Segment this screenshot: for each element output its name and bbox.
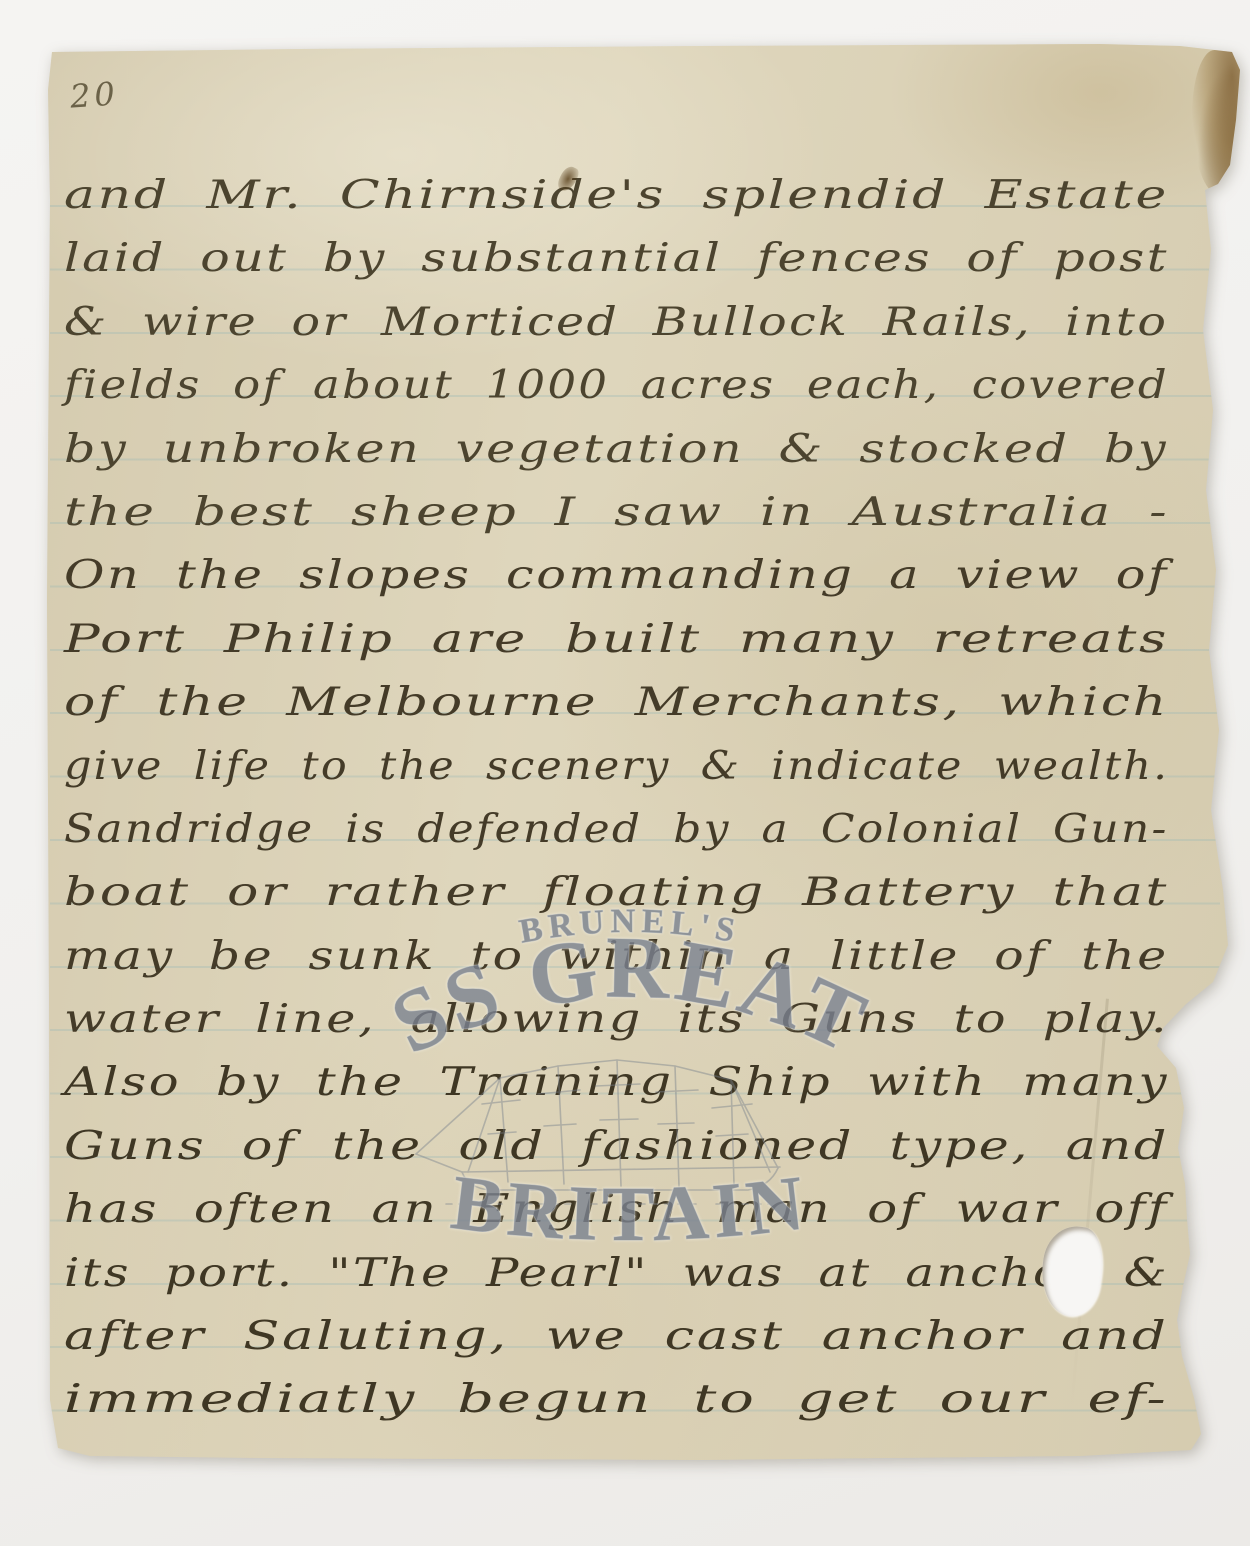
manuscript-line: laid out by substantial fences of post [64, 227, 1190, 290]
manuscript-line: Guns of the old fashioned type, and [64, 1115, 1190, 1178]
manuscript-line-text: Port Philip are built many retreats [64, 608, 1169, 671]
manuscript-line: the best sheep I saw in Australia - [64, 481, 1190, 544]
manuscript-line-text: Guns of the old fashioned type, and [64, 1115, 1169, 1178]
manuscript-line-text: water line, allowing its Guns to play. [64, 988, 1169, 1051]
manuscript-line-text: & wire or Morticed Bullock Rails, into [64, 291, 1168, 354]
manuscript-line: has often an English man of war off [64, 1178, 1190, 1241]
manuscript-line-text: of the Melbourne Merchants, which [64, 671, 1169, 734]
manuscript-line-text: fields of about 1000 acres each, covered [64, 354, 1169, 417]
manuscript-paper: 20 and Mr. Chirnside's splendid Estate l… [0, 0, 1250, 1546]
manuscript-line: and Mr. Chirnside's splendid Estate [64, 164, 1190, 227]
manuscript-line: may be sunk to within a little of the [64, 925, 1190, 988]
manuscript-line-text: may be sunk to within a little of the [64, 925, 1169, 988]
manuscript-line: by unbroken vegetation & stocked by [64, 418, 1190, 481]
paper-wrapper: 20 and Mr. Chirnside's splendid Estate l… [0, 0, 1250, 1546]
scanned-manuscript-page: 20 and Mr. Chirnside's splendid Estate l… [0, 0, 1250, 1546]
manuscript-line: after Saluting, we cast anchor and [64, 1305, 1190, 1368]
manuscript-line: fields of about 1000 acres each, covered [64, 354, 1190, 417]
manuscript-line-text: the best sheep I saw in Australia - [64, 481, 1169, 544]
manuscript-line-text: after Saluting, we cast anchor and [64, 1305, 1168, 1368]
manuscript-line: Also by the Training Ship with many [64, 1051, 1190, 1114]
manuscript-line: water line, allowing its Guns to play. [64, 988, 1190, 1051]
manuscript-line-text: by unbroken vegetation & stocked by [64, 418, 1168, 481]
manuscript-line: of the Melbourne Merchants, which [64, 671, 1190, 734]
manuscript-line-text: laid out by substantial fences of post [64, 227, 1169, 290]
handwritten-text-block: and Mr. Chirnside's splendid Estate laid… [64, 164, 1190, 1432]
manuscript-line-text: On the slopes commanding a view of [64, 544, 1169, 607]
page-number: 20 [69, 74, 120, 115]
manuscript-line-text: and Mr. Chirnside's splendid Estate [64, 164, 1169, 227]
manuscript-line-text: Sandridge is defended by a Colonial Gun- [64, 798, 1169, 861]
manuscript-line: On the slopes commanding a view of [64, 544, 1190, 607]
manuscript-line-text: immediatly begun to get our ef- [64, 1368, 1169, 1431]
manuscript-line-text: Also by the Training Ship with many [64, 1051, 1169, 1114]
manuscript-line-text: its port. "The Pearl" was at anchor & [64, 1242, 1169, 1305]
manuscript-line: Port Philip are built many retreats [64, 608, 1190, 671]
manuscript-line-text: has often an English man of war off [64, 1178, 1169, 1241]
manuscript-line-text: boat or rather floating Battery that [64, 861, 1169, 924]
burn-mark [1192, 50, 1242, 195]
manuscript-line: give life to the scenery & indicate weal… [64, 735, 1190, 798]
manuscript-line: its port. "The Pearl" was at anchor & [64, 1242, 1190, 1305]
manuscript-line: immediatly begun to get our ef- [64, 1368, 1190, 1431]
manuscript-line: & wire or Morticed Bullock Rails, into [64, 291, 1190, 354]
manuscript-line-text: give life to the scenery & indicate weal… [64, 735, 1169, 798]
manuscript-line: Sandridge is defended by a Colonial Gun- [64, 798, 1190, 861]
manuscript-line: boat or rather floating Battery that [64, 861, 1190, 924]
